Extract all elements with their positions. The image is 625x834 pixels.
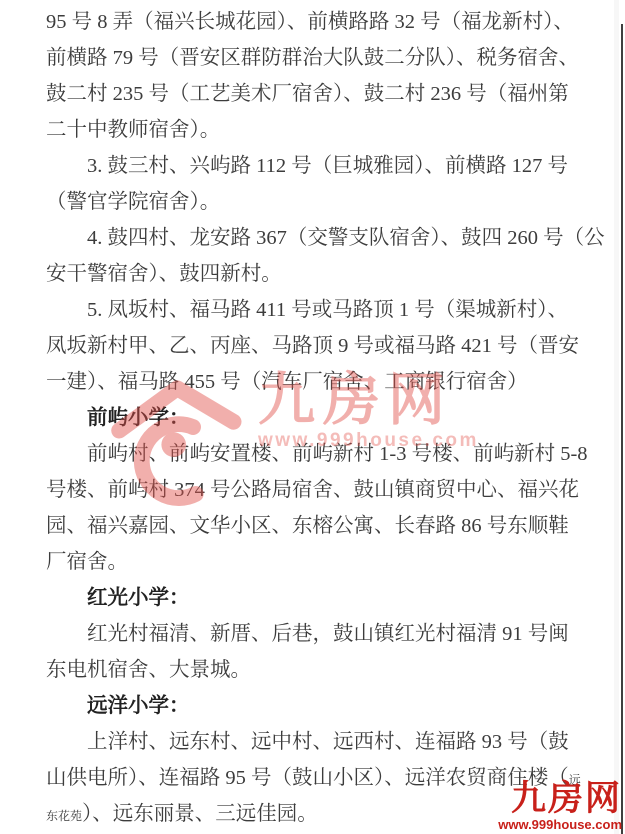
text-segment: 前屿村、前屿安置楼、前屿新村 1-3 号楼、前屿新村 5-8 [87,443,588,465]
section-heading: 红光小学： [46,580,621,616]
text-line: 园、福兴嘉园、文华小区、东榕公寓、长春路 86 号东顺鞋 [46,508,621,544]
section-heading: 远洋小学： [46,688,621,724]
document-body: 95 号 8 弄（福兴长城花园）、前横路路 32 号（福龙新村）、前横路 79 … [46,4,621,832]
text-line: 3. 鼓三村、兴屿路 112 号（巨城雅园）、前横路 127 号 [46,148,621,184]
text-line: 上洋村、远东村、远中村、远西村、连福路 93 号（鼓 [46,724,621,760]
text-line: 凤坂新村甲、乙、丙座、马路顶 9 号或福马路 421 号（晋安 [46,328,621,364]
text-line: 厂宿舍。 [46,544,621,580]
text-line: 号楼、前屿村 374 号公路局宿舍、鼓山镇商贸中心、福兴花 [46,472,621,508]
text-line: 安干警宿舍）、鼓四新村。 [46,256,621,292]
text-segment: 95 号 8 弄（福兴长城花园）、前横路路 32 号（福龙新村）、 [46,11,574,33]
text-segment: 前横路 79 号（晋安区群防群治大队鼓二分队）、税务宿舍、 [46,47,579,69]
text-line: 5. 凤坂村、福马路 411 号或马路顶 1 号（渠城新村）、 [46,292,621,328]
text-line: 鼓二村 235 号（工艺美术厂宿舍）、鼓二村 236 号（福州第 [46,76,621,112]
page-edge-line [621,24,623,834]
text-segment: ）、远东丽景、三远佳园。 [82,803,318,825]
text-segment: 东电机宿舍、大景城。 [46,659,251,681]
text-segment: 园、福兴嘉园、文华小区、东榕公寓、长春路 86 号东顺鞋 [46,515,569,537]
text-line: 前屿村、前屿安置楼、前屿新村 1-3 号楼、前屿新村 5-8 [46,436,621,472]
text-segment: 凤坂新村甲、乙、丙座、马路顶 9 号或福马路 421 号（晋安 [46,335,579,357]
text-segment: 东花苑 [46,809,82,823]
text-segment: 号楼、前屿村 374 号公路局宿舍、鼓山镇商贸中心、福兴花 [46,479,579,501]
text-segment: 前屿小学： [87,406,190,429]
text-segment: 上洋村、远东村、远中村、远西村、连福路 93 号（鼓 [87,731,569,753]
text-line: 二十中教师宿舍）。 [46,112,621,148]
text-segment: 红光小学： [87,586,190,609]
text-line: 一建）、福马路 455 号（汽车厂宿舍、工商银行宿舍） [46,364,621,400]
text-line: 95 号 8 弄（福兴长城花园）、前横路路 32 号（福龙新村）、 [46,4,621,40]
text-segment: 厂宿舍。 [46,551,128,573]
text-line: 东电机宿舍、大景城。 [46,652,621,688]
site-logo-brand-text: 九房网 [498,780,622,817]
text-segment: 4. 鼓四村、龙安路 367（交警支队宿舍）、鼓四 260 号（公 [87,227,605,249]
site-logo: 九房网 www.999house.com [498,780,622,832]
site-logo-url-text: www.999house.com [498,817,622,832]
text-segment: 山供电所）、连福路 95 号（鼓山小区）、远洋农贸商住楼（ [46,767,569,789]
text-line: 前横路 79 号（晋安区群防群治大队鼓二分队）、税务宿舍、 [46,40,621,76]
text-segment: 远洋小学： [87,694,190,717]
text-segment: 3. 鼓三村、兴屿路 112 号（巨城雅园）、前横路 127 号 [87,155,568,177]
text-segment: 一建）、福马路 455 号（汽车厂宿舍、工商银行宿舍） [46,371,528,393]
text-line: （警官学院宿舍）。 [46,184,621,220]
text-segment: 二十中教师宿舍）。 [46,119,220,141]
section-heading: 前屿小学： [46,400,621,436]
text-segment: 鼓二村 235 号（工艺美术厂宿舍）、鼓二村 236 号（福州第 [46,83,569,105]
text-segment: 红光村福清、新厝、后巷，鼓山镇红光村福清 91 号闽 [87,623,569,645]
text-segment: 5. 凤坂村、福马路 411 号或马路顶 1 号（渠城新村）、 [87,299,568,321]
text-line: 4. 鼓四村、龙安路 367（交警支队宿舍）、鼓四 260 号（公 [46,220,621,256]
text-segment: 安干警宿舍）、鼓四新村。 [46,263,282,285]
text-segment: （警官学院宿舍）。 [46,191,220,213]
text-line: 红光村福清、新厝、后巷，鼓山镇红光村福清 91 号闽 [46,616,621,652]
